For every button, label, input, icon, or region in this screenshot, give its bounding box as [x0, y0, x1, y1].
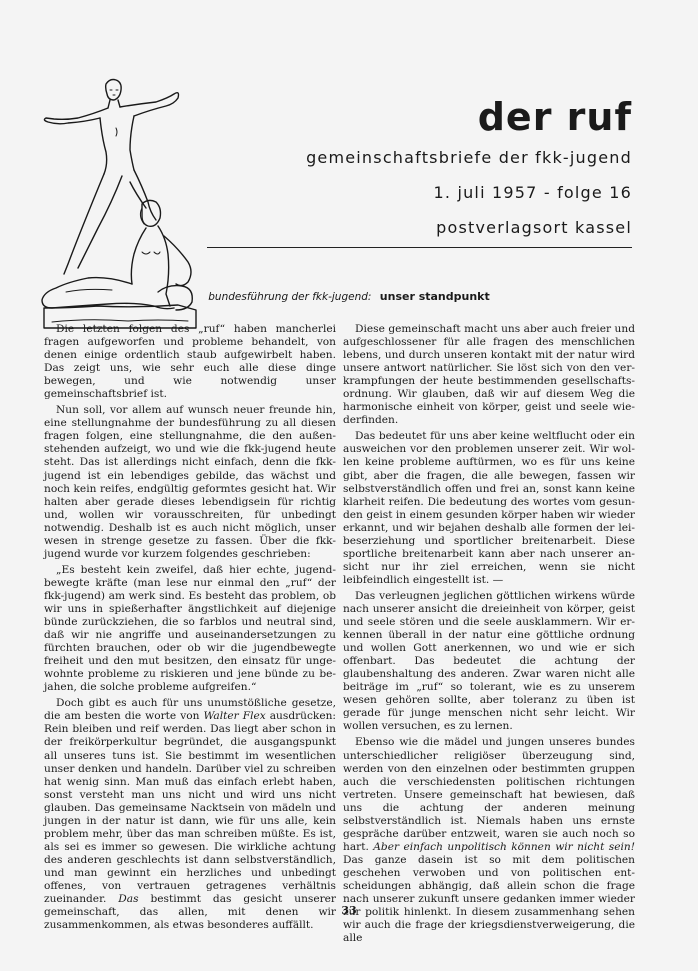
- body-column-right: Diese gemeinschaft macht uns aber auch f…: [343, 323, 635, 948]
- paragraph-text: Das ganze dasein ist so mit dem poli­tis…: [343, 854, 635, 944]
- page-number: 33: [0, 904, 698, 917]
- publication-subtitle: gemeinschaftsbriefe der fkk-jugend: [306, 150, 632, 166]
- article-heading: bundesführung der fkk-jugend: unser stan…: [0, 290, 698, 303]
- publication-title: der ruf: [306, 98, 632, 136]
- paragraph-text: Ebenso wie die mädel und jungen unseres …: [343, 736, 635, 852]
- masthead-divider: [207, 247, 632, 248]
- body-column-left: Die letzten folgen des „ruf“ haben manch…: [44, 323, 336, 935]
- paragraph: Die letzten folgen des „ruf“ haben manch…: [44, 323, 336, 401]
- article-kicker: bundesführung der fkk-jugend:: [208, 291, 371, 303]
- paragraph: Das verleugnen jeglichen göttlichen wirk…: [343, 590, 635, 734]
- paragraph: Das bedeutet für uns aber keine weltfluc…: [343, 430, 635, 587]
- paragraph: „Es besteht kein zweifel, daß hier echte…: [44, 564, 336, 694]
- paragraph: Diese gemeinschaft macht uns aber auch f…: [343, 323, 635, 427]
- document-page: der ruf gemeinschaftsbriefe der fkk-juge…: [0, 0, 698, 971]
- publication-place: postverlagsort kassel: [306, 220, 632, 236]
- emphasis-walter-flex: Walter Flex: [203, 710, 265, 722]
- issue-date: 1. juli 1957 - folge 16: [306, 185, 632, 201]
- article-headline: unser standpunkt: [380, 290, 490, 303]
- paragraph: Nun soll, vor allem auf wunsch neuer fre…: [44, 404, 336, 561]
- masthead: der ruf gemeinschaftsbriefe der fkk-juge…: [306, 98, 632, 255]
- paragraph-text: ausdrücken: Rein bleiben und reif werden…: [44, 710, 336, 905]
- paragraph: Doch gibt es auch für uns unumstößliche …: [44, 697, 336, 932]
- emphasis-unpolitisch: Aber einfach unpolitisch können wir nich…: [373, 841, 635, 853]
